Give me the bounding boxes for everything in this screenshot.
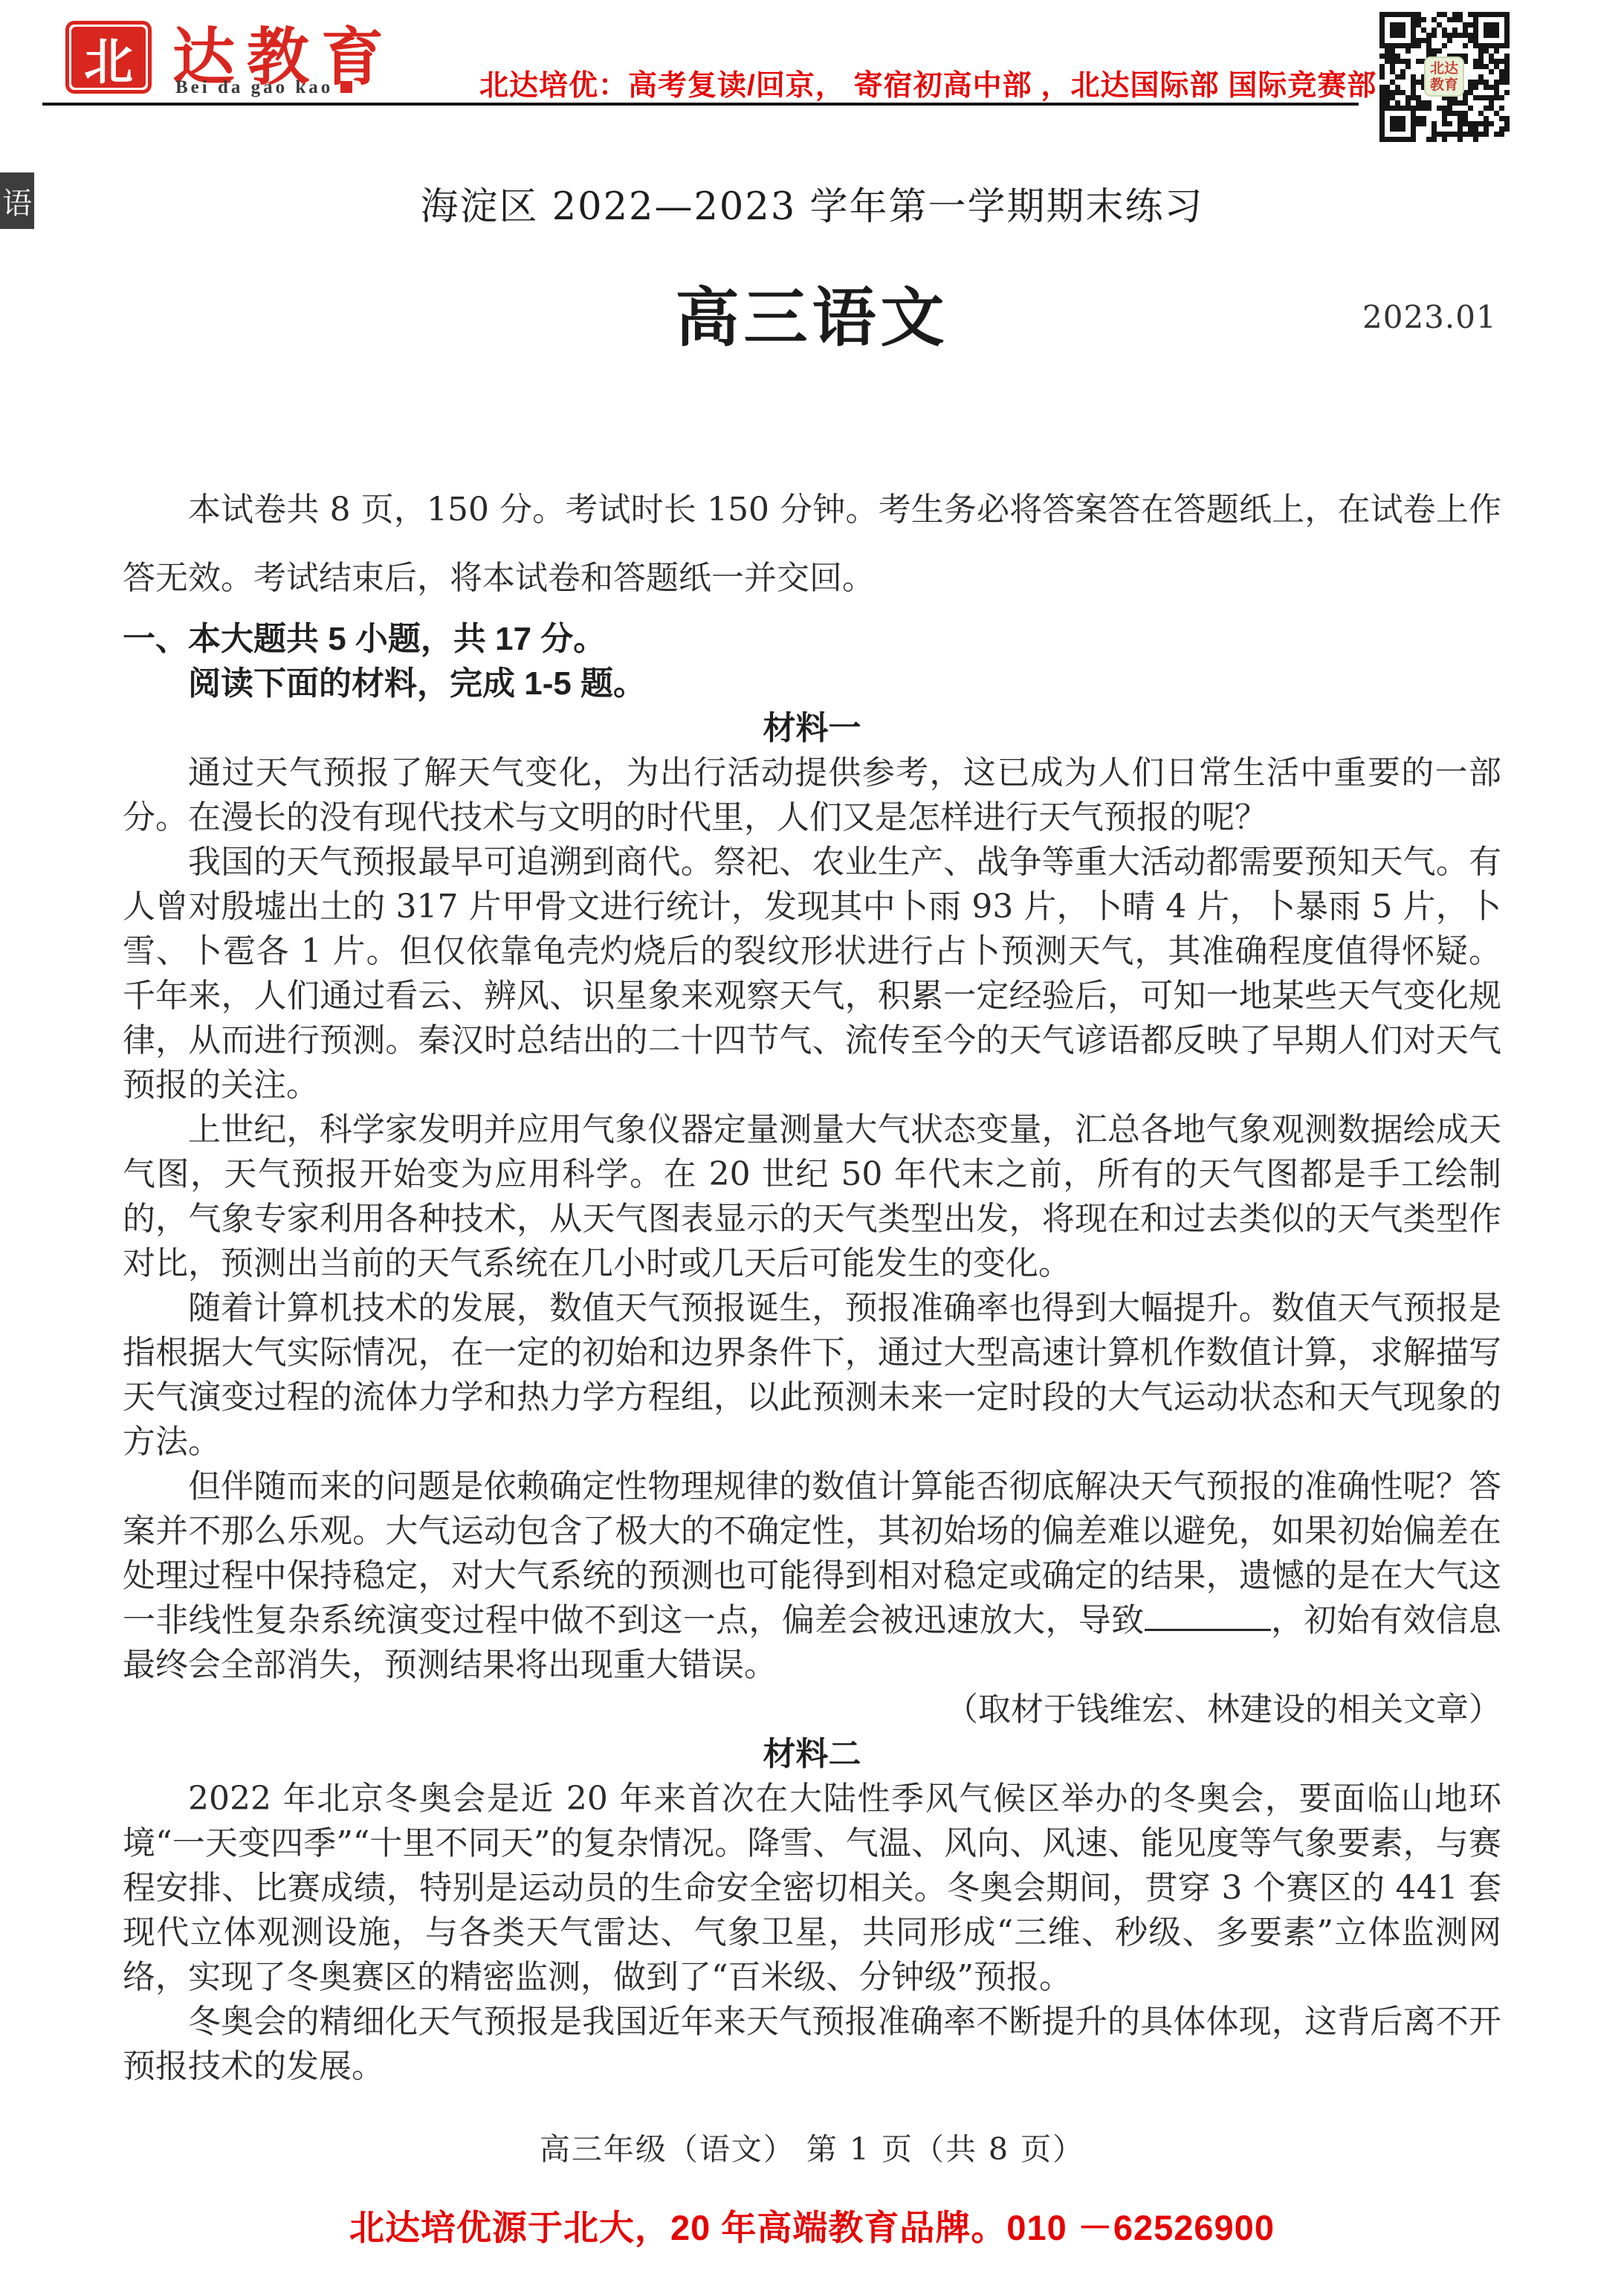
qr-module: [1395, 137, 1400, 142]
qr-module: [1416, 74, 1421, 80]
qr-module: [1504, 59, 1510, 64]
material-one-paragraph: 通过天气预报了解天气变化，为出行活动提供参考，这已成为人们日常生活中重要的一部分…: [123, 751, 1501, 840]
qr-module: [1447, 43, 1452, 48]
qr-module: [1499, 28, 1504, 33]
qr-module: [1426, 126, 1431, 132]
qr-module: [1458, 43, 1463, 48]
exam-title: 海淀区 2022—2023 学年第一学期期末练习: [0, 175, 1624, 230]
qr-module: [1473, 116, 1478, 121]
qr-module: [1452, 43, 1458, 48]
qr-module: [1395, 116, 1400, 121]
qr-module: [1426, 137, 1431, 142]
qr-module: [1468, 12, 1473, 17]
qr-module: [1447, 100, 1452, 106]
qr-module: [1390, 80, 1395, 85]
qr-module: [1421, 28, 1426, 33]
qr-module: [1452, 116, 1458, 121]
qr-module: [1468, 90, 1473, 95]
qr-module: [1468, 69, 1473, 74]
exam-date: 2023.01: [1362, 299, 1497, 335]
qr-module: [1463, 17, 1468, 22]
qr-module: [1395, 111, 1400, 116]
qr-module: [1379, 48, 1385, 54]
qr-module: [1395, 74, 1400, 80]
qr-module: [1390, 106, 1395, 111]
qr-module: [1379, 22, 1385, 28]
qr-module: [1426, 116, 1431, 121]
qr-module: [1411, 90, 1416, 95]
qr-module: [1379, 132, 1385, 137]
qr-module: [1416, 38, 1421, 43]
qr-module: [1431, 33, 1437, 38]
qr-module: [1484, 22, 1489, 28]
qr-module: [1499, 132, 1504, 137]
qr-module: [1499, 48, 1504, 54]
qr-module: [1473, 28, 1478, 33]
exam-page: 北 达教育 Bei da gao kao 北达培优：高考复读/回京， 寄宿初高中…: [0, 0, 1624, 2283]
qr-module: [1442, 48, 1447, 54]
qr-module: [1385, 111, 1390, 116]
qr-module: [1416, 69, 1421, 74]
qr-module: [1385, 48, 1390, 54]
qr-module: [1426, 43, 1431, 48]
qr-module: [1494, 121, 1499, 126]
qr-module: [1390, 74, 1395, 80]
qr-module: [1468, 80, 1473, 85]
qr-module: [1400, 59, 1405, 64]
qr-module: [1473, 69, 1478, 74]
qr-module: [1504, 121, 1510, 126]
qr-module: [1499, 64, 1504, 69]
qr-module: [1411, 116, 1416, 121]
qr-module: [1458, 48, 1463, 54]
qr-module: [1416, 17, 1421, 22]
qr-module: [1499, 90, 1504, 95]
qr-module: [1478, 100, 1484, 106]
qr-module: [1489, 121, 1494, 126]
subject-title: 高三语文: [676, 266, 949, 358]
qr-module: [1468, 48, 1473, 54]
qr-module: [1400, 121, 1405, 126]
qr-module: [1385, 69, 1390, 74]
page-number: 高三年级（语文） 第 1 页（共 8 页）: [0, 2125, 1624, 2169]
qr-module: [1416, 33, 1421, 38]
qr-module: [1478, 126, 1484, 132]
qr-module: [1463, 48, 1468, 54]
qr-module: [1416, 90, 1421, 95]
qr-module: [1385, 38, 1390, 43]
qr-module: [1421, 43, 1426, 48]
qr-module: [1405, 100, 1411, 106]
qr-module: [1400, 17, 1405, 22]
qr-module: [1504, 43, 1510, 48]
qr-module: [1379, 90, 1385, 95]
qr-module: [1405, 90, 1411, 95]
qr-module: [1484, 54, 1489, 59]
qr-module: [1421, 126, 1426, 132]
qr-module: [1411, 132, 1416, 137]
qr-module: [1494, 111, 1499, 116]
qr-module: [1390, 38, 1395, 43]
qr-module: [1489, 48, 1494, 54]
qr-module: [1447, 33, 1452, 38]
qr-module: [1494, 17, 1499, 22]
qr-module: [1484, 33, 1489, 38]
brand-seal-icon: 北: [65, 21, 152, 94]
qr-module: [1385, 12, 1390, 17]
qr-module: [1395, 17, 1400, 22]
qr-module: [1494, 43, 1499, 48]
qr-module: [1400, 54, 1405, 59]
qr-module: [1458, 100, 1463, 106]
qr-module: [1468, 121, 1473, 126]
qr-module: [1385, 132, 1390, 137]
qr-module: [1437, 22, 1442, 28]
qr-module: [1385, 95, 1390, 100]
qr-module: [1473, 90, 1478, 95]
qr-module: [1405, 43, 1411, 48]
qr-module: [1411, 100, 1416, 106]
qr-module: [1473, 12, 1478, 17]
material-one-attribution: （取材于钱维宏、林建设的相关文章）: [123, 1688, 1501, 1732]
qr-module: [1395, 85, 1400, 90]
qr-module: [1421, 121, 1426, 126]
qr-module: [1421, 22, 1426, 28]
qr-module: [1504, 28, 1510, 33]
qr-module: [1416, 80, 1421, 85]
qr-module: [1504, 48, 1510, 54]
qr-module: [1504, 132, 1510, 137]
qr-module: [1452, 100, 1458, 106]
material-one-paragraph-with-blank: 但伴随而来的问题是依赖确定性物理规律的数值计算能否彻底解决天气预报的准确性呢？答…: [123, 1465, 1501, 1688]
qr-module: [1494, 80, 1499, 85]
qr-module: [1426, 106, 1431, 111]
qr-module: [1390, 12, 1395, 17]
qr-module: [1504, 54, 1510, 59]
qr-module: [1489, 132, 1494, 137]
qr-module: [1504, 12, 1510, 17]
qr-module: [1478, 80, 1484, 85]
qr-module: [1431, 121, 1437, 126]
qr-module: [1400, 106, 1405, 111]
qr-module: [1379, 28, 1385, 33]
fill-in-blank: [1145, 1611, 1271, 1631]
qr-module: [1484, 85, 1489, 90]
qr-module: [1442, 121, 1447, 126]
qr-module: [1504, 106, 1510, 111]
qr-module: [1390, 43, 1395, 48]
qr-module: [1463, 22, 1468, 28]
qr-module: [1447, 48, 1452, 54]
qr-module: [1499, 85, 1504, 90]
qr-module: [1400, 100, 1405, 106]
qr-module: [1489, 64, 1494, 69]
qr-module: [1416, 95, 1421, 100]
qr-module: [1504, 111, 1510, 116]
qr-module: [1395, 100, 1400, 106]
qr-module: [1390, 137, 1395, 142]
qr-module: [1411, 33, 1416, 38]
qr-module: [1395, 64, 1400, 69]
qr-module: [1416, 54, 1421, 59]
qr-module: [1504, 33, 1510, 38]
qr-module: [1405, 116, 1411, 121]
qr-module: [1473, 100, 1478, 106]
qr-module: [1442, 106, 1447, 111]
qr-module: [1385, 74, 1390, 80]
qr-module: [1499, 59, 1504, 64]
qr-module: [1379, 38, 1385, 43]
qr-module: [1400, 80, 1405, 85]
qr-module: [1437, 38, 1442, 43]
qr-module: [1390, 111, 1395, 116]
qr-module: [1478, 106, 1484, 111]
qr-module: [1405, 17, 1411, 22]
qr-module: [1405, 38, 1411, 43]
qr-module: [1390, 33, 1395, 38]
qr-module: [1379, 59, 1385, 64]
qr-module: [1385, 126, 1390, 132]
qr-module: [1463, 12, 1468, 17]
qr-module: [1385, 59, 1390, 64]
qr-module: [1385, 121, 1390, 126]
qr-module: [1390, 132, 1395, 137]
qr-module: [1478, 74, 1484, 80]
qr-module: [1442, 43, 1447, 48]
qr-module: [1452, 22, 1458, 28]
qr-module: [1484, 100, 1489, 106]
qr-module: [1390, 85, 1395, 90]
qr-module: [1416, 43, 1421, 48]
qr-module: [1484, 64, 1489, 69]
qr-module: [1473, 80, 1478, 85]
qr-module: [1437, 48, 1442, 54]
qr-module: [1484, 12, 1489, 17]
qr-module: [1405, 64, 1411, 69]
qr-module: [1385, 43, 1390, 48]
qr-module: [1379, 126, 1385, 132]
qr-module: [1473, 33, 1478, 38]
qr-module: [1499, 126, 1504, 132]
qr-module: [1478, 43, 1484, 48]
qr-module: [1447, 38, 1452, 43]
qr-module: [1468, 126, 1473, 132]
qr-module: [1478, 48, 1484, 54]
qr-module: [1421, 12, 1426, 17]
qr-module: [1416, 132, 1421, 137]
qr-module: [1452, 38, 1458, 43]
header-tagline: 北达培优：高考复读/回京， 寄宿初高中部 ，北达国际部 国际竞赛部: [479, 62, 1371, 104]
qr-module: [1395, 59, 1400, 64]
qr-module: [1379, 95, 1385, 100]
qr-module: [1468, 74, 1473, 80]
qr-module: [1494, 100, 1499, 106]
qr-module: [1463, 132, 1468, 137]
qr-module: [1499, 33, 1504, 38]
qr-module: [1504, 22, 1510, 28]
brand-pinyin-text: Bei da gao kao: [175, 77, 333, 97]
qr-module: [1390, 54, 1395, 59]
brand-pinyin: Bei da gao kao: [175, 77, 352, 98]
qr-module: [1421, 33, 1426, 38]
qr-module: [1447, 12, 1452, 17]
qr-module: [1411, 137, 1416, 142]
qr-module: [1478, 90, 1484, 95]
qr-module: [1494, 59, 1499, 64]
qr-module: [1463, 137, 1468, 142]
qr-module: [1452, 28, 1458, 33]
qr-module: [1411, 22, 1416, 28]
qr-module: [1504, 38, 1510, 43]
qr-module: [1447, 106, 1452, 111]
qr-module: [1395, 48, 1400, 54]
qr-module: [1400, 85, 1405, 90]
qr-module: [1395, 22, 1400, 28]
material-two-title: 材料二: [123, 1732, 1501, 1777]
qr-module: [1426, 121, 1431, 126]
qr-module: [1458, 132, 1463, 137]
qr-module: [1489, 126, 1494, 132]
qr-module: [1473, 85, 1478, 90]
qr-module: [1504, 95, 1510, 100]
qr-module: [1416, 64, 1421, 69]
qr-module: [1458, 22, 1463, 28]
qr-module: [1390, 22, 1395, 28]
qr-module: [1405, 33, 1411, 38]
qr-module: [1379, 12, 1385, 17]
qr-module: [1489, 85, 1494, 90]
qr-module: [1494, 69, 1499, 74]
qr-module: [1426, 100, 1431, 106]
qr-module: [1494, 132, 1499, 137]
qr-module: [1431, 137, 1437, 142]
qr-module: [1416, 12, 1421, 17]
qr-center-logo: 北达 教育: [1424, 56, 1464, 97]
qr-module: [1499, 137, 1504, 142]
qr-module: [1379, 116, 1385, 121]
qr-module: [1411, 74, 1416, 80]
qr-module: [1447, 28, 1452, 33]
qr-module: [1484, 90, 1489, 95]
qr-module: [1405, 106, 1411, 111]
qr-module: [1437, 126, 1442, 132]
qr-module: [1437, 137, 1442, 142]
qr-module: [1489, 12, 1494, 17]
qr-module: [1442, 100, 1447, 106]
qr-module: [1468, 22, 1473, 28]
qr-module: [1426, 12, 1431, 17]
qr-module: [1494, 12, 1499, 17]
qr-module: [1426, 22, 1431, 28]
qr-module: [1494, 28, 1499, 33]
qr-module: [1494, 38, 1499, 43]
qr-module: [1379, 69, 1385, 74]
qr-module: [1437, 111, 1442, 116]
qr-module: [1504, 69, 1510, 74]
qr-module: [1405, 28, 1411, 33]
qr-module: [1416, 137, 1421, 142]
material-one-paragraph: 上世纪，科学家发明并应用气象仪器定量测量大气状态变量，汇总各地气象观测数据绘成天…: [123, 1108, 1501, 1286]
qr-module: [1411, 106, 1416, 111]
qr-module: [1494, 126, 1499, 132]
qr-module: [1489, 116, 1494, 121]
qr-module: [1452, 17, 1458, 22]
qr-module: [1405, 22, 1411, 28]
qr-module: [1452, 48, 1458, 54]
qr-module: [1478, 64, 1484, 69]
qr-module: [1489, 59, 1494, 64]
qr-module: [1379, 106, 1385, 111]
exam-body: 本试卷共 8 页，150 分。考试时长 150 分钟。考生务必将答案答在答题纸上…: [123, 476, 1501, 2089]
qr-module: [1405, 59, 1411, 64]
qr-module: [1421, 95, 1426, 100]
qr-module: [1484, 132, 1489, 137]
qr-module: [1379, 43, 1385, 48]
qr-module: [1431, 38, 1437, 43]
qr-module: [1379, 137, 1385, 142]
qr-module: [1473, 106, 1478, 111]
qr-module: [1489, 43, 1494, 48]
qr-module: [1499, 54, 1504, 59]
qr-module: [1442, 33, 1447, 38]
qr-module: [1421, 132, 1426, 137]
qr-module: [1478, 85, 1484, 90]
qr-module: [1442, 111, 1447, 116]
qr-module: [1395, 54, 1400, 59]
qr-module: [1411, 54, 1416, 59]
qr-module: [1437, 43, 1442, 48]
qr-module: [1489, 80, 1494, 85]
qr-module: [1478, 116, 1484, 121]
qr-module: [1395, 90, 1400, 95]
qr-module: [1385, 106, 1390, 111]
qr-module: [1442, 22, 1447, 28]
qr-module: [1400, 64, 1405, 69]
qr-module: [1489, 100, 1494, 106]
qr-module: [1484, 43, 1489, 48]
qr-module: [1484, 59, 1489, 64]
qr-module: [1390, 121, 1395, 126]
qr-module: [1400, 48, 1405, 54]
qr-module: [1405, 48, 1411, 54]
qr-module: [1494, 106, 1499, 111]
qr-module: [1379, 85, 1385, 90]
qr-module: [1478, 12, 1484, 17]
qr-module: [1489, 17, 1494, 22]
qr-module: [1411, 121, 1416, 126]
qr-module: [1437, 121, 1442, 126]
qr-module: [1499, 69, 1504, 74]
qr-module: [1452, 106, 1458, 111]
qr-module: [1400, 116, 1405, 121]
qr-module: [1390, 116, 1395, 121]
qr-module: [1468, 100, 1473, 106]
qr-module: [1411, 12, 1416, 17]
qr-module: [1379, 33, 1385, 38]
qr-module: [1468, 116, 1473, 121]
qr-module: [1499, 17, 1504, 22]
qr-module: [1395, 95, 1400, 100]
qr-module: [1437, 106, 1442, 111]
qr-module: [1458, 111, 1463, 116]
qr-module: [1379, 54, 1385, 59]
qr-module: [1385, 64, 1390, 69]
qr-module: [1421, 106, 1426, 111]
qr-module: [1431, 100, 1437, 106]
qr-module: [1452, 126, 1458, 132]
qr-module: [1395, 33, 1400, 38]
qr-module: [1478, 59, 1484, 64]
